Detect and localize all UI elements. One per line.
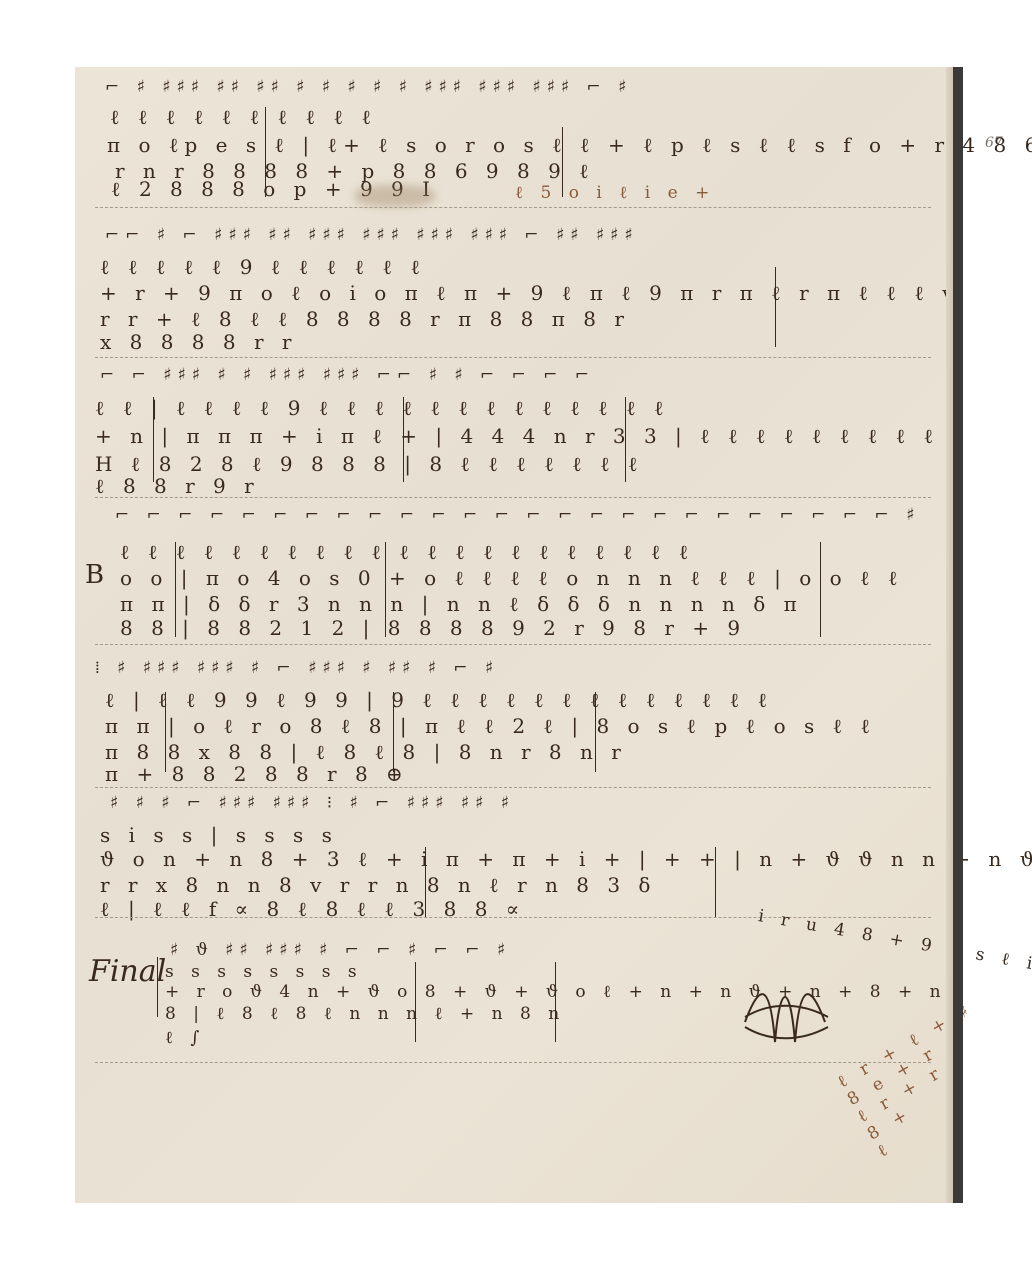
tablature-row: π o ℓp e s ℓ | ℓ+ ℓ s o r o s ℓ ℓ + ℓ p … bbox=[107, 135, 1032, 155]
tablature-row: ℓ ℓ ℓ ℓ ℓ ℓ ℓ ℓ ℓ ℓ bbox=[110, 107, 377, 127]
bar-line bbox=[157, 957, 158, 1017]
tablature-system-3: ⌐ ⌐ ♯♯♯ ♯ ♯ ♯♯♯ ♯♯♯ ⌐⌐ ♯ ♯ ⌐ ⌐ ⌐ ⌐ ℓ ℓ |… bbox=[75, 362, 961, 502]
tablature-row: ℓ ℓ ℓ ℓ ℓ ℓ ℓ ℓ ℓ ℓ ℓ ℓ ℓ ℓ ℓ ℓ ℓ ℓ ℓ ℓ … bbox=[120, 542, 694, 562]
bar-line bbox=[715, 847, 716, 917]
bar-line bbox=[175, 542, 176, 637]
tablature-system-4: ⌐ ⌐ ⌐ ⌐ ⌐ ⌐ ⌐ ⌐ ⌐ ⌐ ⌐ ⌐ ⌐ ⌐ ⌐ ⌐ ⌐ ⌐ ⌐ ⌐ … bbox=[75, 502, 961, 647]
bar-line bbox=[775, 267, 776, 347]
tablature-row: + n | π π π + i π ℓ + | 4 4 4 n r 3 3 | … bbox=[95, 426, 967, 446]
tablature-row: ℓ 8 8 r 9 r bbox=[95, 476, 260, 496]
bar-line bbox=[385, 542, 386, 637]
tablature-row: + r + 9 π o ℓ o i o π ℓ π + 9 ℓ π ℓ 9 π … bbox=[100, 283, 960, 303]
tablature-system-6: ♯ ♯ ♯ ⌐ ♯♯♯ ♯♯♯ ⁝ ♯ ⌐ ♯♯♯ ♯♯ ♯ s i s s |… bbox=[75, 787, 961, 937]
tablature-row: π 8 8 x 8 8 | ℓ 8 ℓ 8 | 8 n r 8 n r bbox=[105, 742, 627, 762]
bar-line bbox=[425, 847, 426, 917]
tablature-row: π π | δ δ r 3 n n n | n n ℓ δ δ δ n n n … bbox=[120, 594, 803, 614]
tablature-row: s s s s s s s s bbox=[165, 964, 363, 981]
bar-line bbox=[165, 692, 166, 772]
tablature-row: s i s s | s s s s bbox=[100, 825, 338, 845]
tablature-row: o o | π o 4 o s 0 + o ℓ ℓ ℓ ℓ o n n n ℓ … bbox=[120, 568, 904, 588]
tablature-row: π + 8 8 2 8 8 r 8 ⊕ bbox=[105, 764, 409, 784]
tablature-row: 8 | ℓ 8 ℓ 8 ℓ n n n ℓ + n 8 n bbox=[165, 1006, 565, 1023]
page-gutter bbox=[946, 67, 953, 1203]
bar-line bbox=[265, 107, 266, 197]
rhythm-signs: ♯ ϑ ♯♯ ♯♯♯ ♯ ⌐ ⌐ ♯ ⌐ ⌐ ♯ bbox=[170, 942, 511, 959]
system-divider bbox=[95, 207, 931, 208]
tablature-row: ℓ ℓ ℓ ℓ ℓ 9 ℓ ℓ ℓ ℓ ℓ ℓ bbox=[100, 257, 426, 277]
tablature-row: ℓ ∫ bbox=[165, 1030, 205, 1047]
rhythm-signs: ⌐ ⌐ ⌐ ⌐ ⌐ ⌐ ⌐ ⌐ ⌐ ⌐ ⌐ ⌐ ⌐ ⌐ ⌐ ⌐ ⌐ ⌐ ⌐ ⌐ … bbox=[115, 507, 920, 524]
bar-line bbox=[403, 397, 404, 482]
rhythm-signs: ⌐ ♯ ♯♯♯ ♯♯ ♯♯ ♯ ♯ ♯ ♯ ♯ ♯♯♯ ♯♯♯ ♯♯♯ ⌐ ♯ bbox=[105, 79, 632, 96]
tablature-system-2: ⌐⌐ ♯ ⌐ ♯♯♯ ♯♯ ♯♯♯ ♯♯♯ ♯♯♯ ♯♯♯ ⌐ ♯♯ ♯♯♯ ℓ… bbox=[75, 217, 961, 357]
tablature-row: H ℓ 8 2 8 ℓ 9 8 8 8 | 8 ℓ ℓ ℓ ℓ ℓ ℓ ℓ bbox=[95, 454, 644, 474]
tablature-row: ℓ ℓ | ℓ ℓ ℓ ℓ 9 ℓ ℓ ℓ ℓ ℓ ℓ ℓ ℓ ℓ ℓ ℓ ℓ … bbox=[95, 398, 670, 418]
rhythm-signs: ⌐ ⌐ ♯♯♯ ♯ ♯ ♯♯♯ ♯♯♯ ⌐⌐ ♯ ♯ ⌐ ⌐ ⌐ ⌐ bbox=[100, 367, 595, 384]
tablature-row: r r x 8 n n 8 v r r n 8 n ℓ r n 8 3 δ bbox=[100, 875, 656, 895]
bar-line bbox=[555, 962, 556, 1042]
tablature-row: 8 8 | 8 8 2 1 2 | 8 8 8 8 9 2 r 9 8 r + … bbox=[120, 618, 746, 638]
tablature-row: ϑ o n + n 8 + 3 ℓ + i π + π + i + | + + … bbox=[100, 849, 1032, 869]
bar-line bbox=[625, 397, 626, 482]
manuscript-page: 67 ⌐ ♯ ♯♯♯ ♯♯ ♯♯ ♯ ♯ ♯ ♯ ♯ ♯♯♯ ♯♯♯ ♯♯♯ ⌐… bbox=[75, 67, 961, 1203]
bar-line bbox=[820, 542, 821, 637]
final-label: Final bbox=[89, 954, 166, 989]
tablature-system-1: ⌐ ♯ ♯♯♯ ♯♯ ♯♯ ♯ ♯ ♯ ♯ ♯ ♯♯♯ ♯♯♯ ♯♯♯ ⌐ ♯ … bbox=[75, 67, 961, 207]
tablature-row: ℓ | ℓ ℓ 9 9 ℓ 9 9 | 9 ℓ ℓ ℓ ℓ ℓ ℓ ℓ ℓ ℓ … bbox=[105, 690, 773, 710]
bar-line bbox=[595, 692, 596, 772]
rhythm-signs: ⁞ ♯ ♯♯♯ ♯♯♯ ♯ ⌐ ♯♯♯ ♯ ♯♯ ♯ ⌐ ♯ bbox=[95, 660, 499, 677]
signature-flourish-icon bbox=[740, 982, 830, 1052]
bar-line bbox=[415, 962, 416, 1042]
bar-line bbox=[393, 692, 394, 772]
tablature-system-7-final: Final ♯ ϑ ♯♯ ♯♯♯ ♯ ⌐ ⌐ ♯ ⌐ ⌐ ♯ s s s s s… bbox=[75, 942, 961, 1102]
page-edge-shadow bbox=[953, 67, 963, 1203]
ink-stain bbox=[355, 185, 435, 207]
system-divider bbox=[95, 357, 931, 358]
red-ink-annotation: ℓ 5 o i ℓ i e + bbox=[515, 185, 715, 202]
rhythm-signs: ⌐⌐ ♯ ⌐ ♯♯♯ ♯♯ ♯♯♯ ♯♯♯ ♯♯♯ ♯♯♯ ⌐ ♯♯ ♯♯♯ bbox=[105, 227, 639, 244]
tablature-row: π π | o ℓ r o 8 ℓ 8 | π ℓ ℓ 2 ℓ | 8 o s … bbox=[105, 716, 876, 736]
rhythm-signs: ♯ ♯ ♯ ⌐ ♯♯♯ ♯♯♯ ⁝ ♯ ⌐ ♯♯♯ ♯♯ ♯ bbox=[110, 795, 515, 812]
bar-line bbox=[153, 397, 154, 482]
tablature-row: ℓ | ℓ ℓ f ∝ 8 ℓ 8 ℓ ℓ 3 8 8 ∝ bbox=[100, 899, 525, 919]
tablature-row: r r + ℓ 8 ℓ ℓ 8 8 8 8 r π 8 8 π 8 r bbox=[100, 309, 630, 329]
system-divider bbox=[95, 1062, 931, 1063]
system-divider bbox=[95, 644, 931, 645]
tablature-system-5: ⁞ ♯ ♯♯♯ ♯♯♯ ♯ ⌐ ♯♯♯ ♯ ♯♯ ♯ ⌐ ♯ ℓ | ℓ ℓ 9… bbox=[75, 652, 961, 792]
system-divider bbox=[95, 497, 931, 498]
clef-sign: B bbox=[85, 562, 110, 588]
tablature-row: x 8 8 8 8 r r bbox=[100, 332, 297, 352]
